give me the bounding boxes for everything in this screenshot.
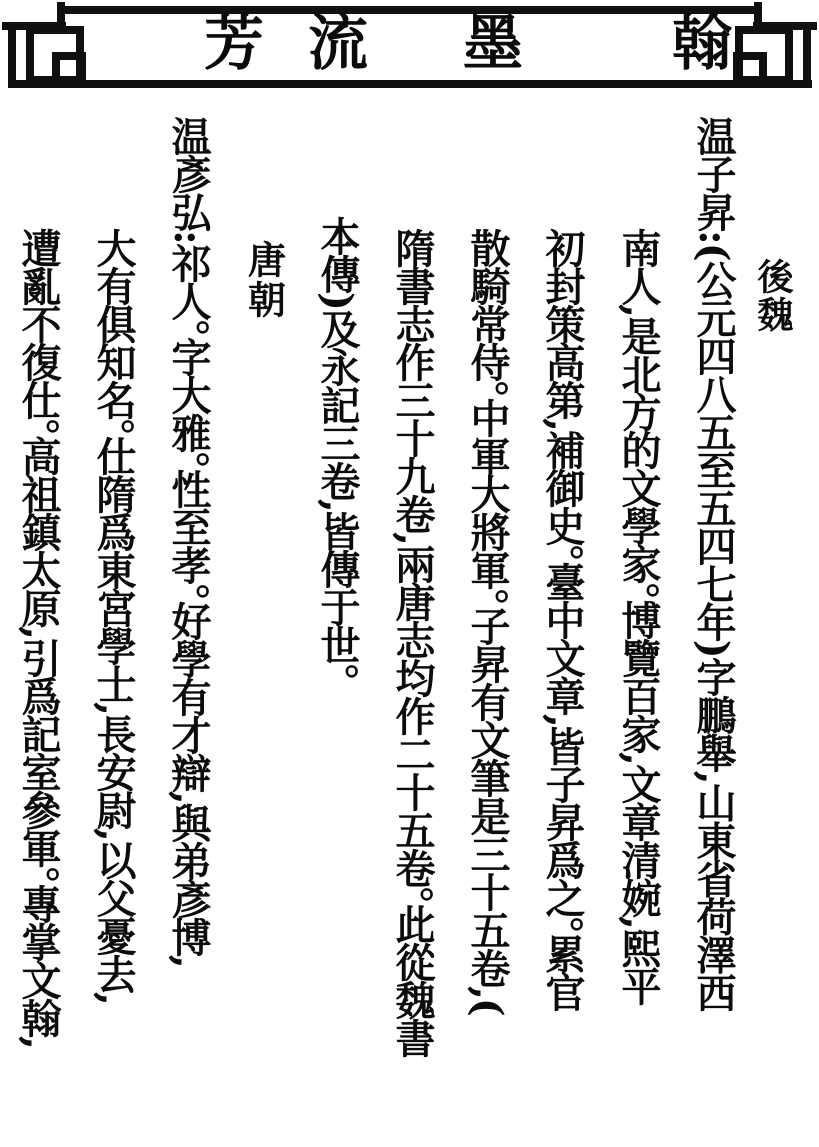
banner-char-mo: 墨	[455, 8, 531, 80]
text-column: 温彥弘:祁人。字大雅。性至孝。好學有才辯,與弟彥博,	[163, 116, 213, 1141]
banner-char-liu: 流	[300, 8, 376, 80]
era-header-tang: 唐朝	[240, 240, 288, 320]
text-column: 温子昇:(公元四八五至五四七年)字鵬舉,山東省荷澤西	[688, 116, 738, 1141]
text-column: 散騎常侍。中軍大將軍。子昇有文筆是三十五卷,(	[462, 228, 512, 1143]
era-header-later-wei: 後魏	[750, 258, 795, 334]
banner-char-fang: 芳	[196, 8, 272, 80]
corner-knot-ornament-left	[0, 0, 150, 112]
text-column: 大有俱知名。仕隋爲東宮學士,長安尉,以父憂去,	[88, 228, 138, 1143]
banner-char-han: 翰	[664, 8, 740, 80]
scanned-page: 芳 流 墨 翰 後魏 温子昇:(公元四八五至五四七年)字鵬舉,山東省荷澤西 南人…	[0, 0, 819, 1147]
banner-border-top	[62, 6, 760, 14]
text-column: 南人,是北方的文學家。博覽百家,文章清婉,熙平	[613, 228, 663, 1143]
text-column: 遭亂不復仕。高祖鎮太原,引爲記室參軍。專掌文翰,	[13, 228, 63, 1143]
text-column: 初封策高第,補御史。臺中文章,皆子昇爲之。累官	[537, 228, 587, 1143]
text-column: 本傳)及永記三卷,皆傳于世。	[312, 216, 362, 1131]
text-column: 隋書志作三十九卷,兩唐志均作二十五卷。此從魏書	[387, 228, 437, 1143]
